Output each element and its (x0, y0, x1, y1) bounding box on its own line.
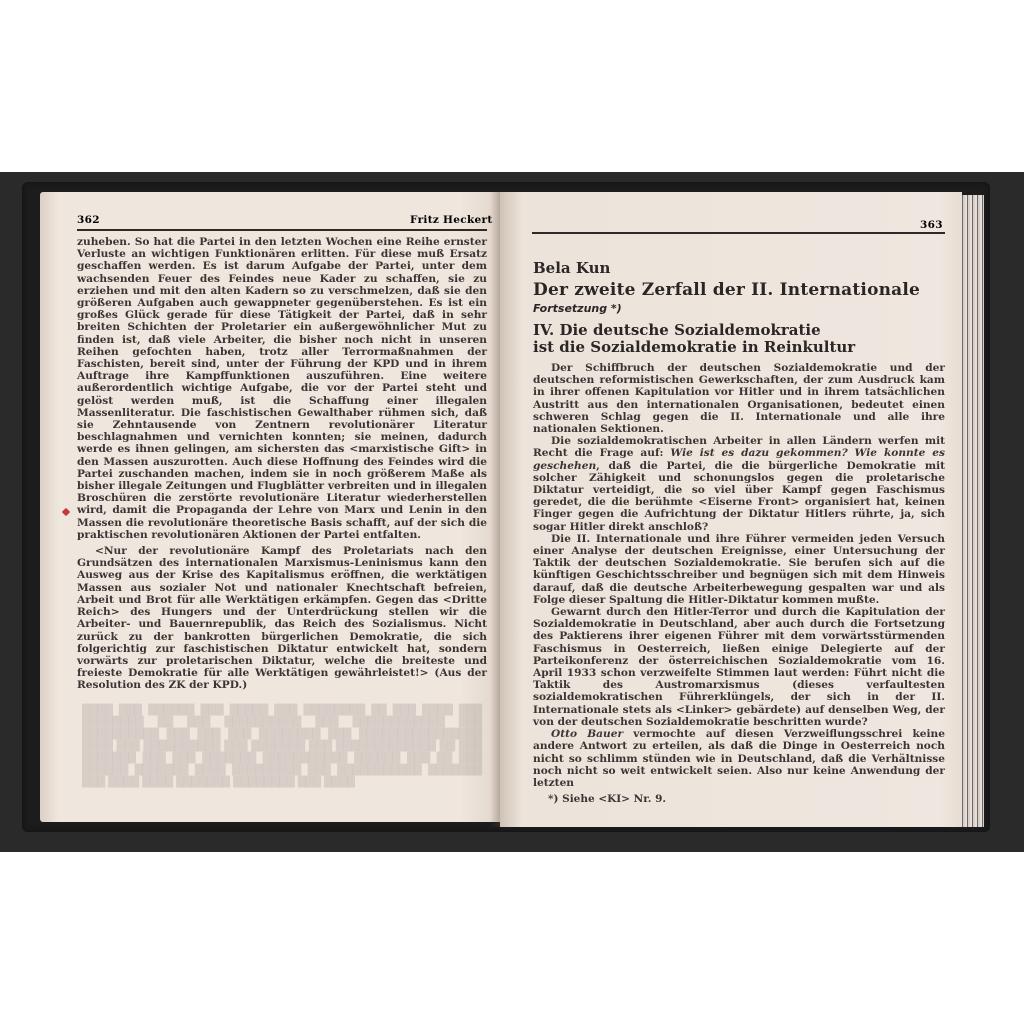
emphasis-name: Otto Bauer (551, 728, 623, 740)
section-heading-line-1: IV. Die deutsche Sozialdemokratie (533, 322, 855, 339)
left-running-head: Fritz Heckert (410, 214, 493, 226)
right-paragraph-5: Otto Bauer vermochte auf diesen Verzweif… (533, 728, 945, 789)
left-page-number: 362 (77, 214, 100, 226)
left-paragraph-1: zuheben. So hat die Partei in den letzte… (77, 236, 487, 541)
left-body-text: zuheben. So hat die Partei in den letzte… (77, 236, 487, 692)
article-subtitle: Fortsetzung *) (533, 302, 622, 315)
right-body-text: Der Schiffbruch der deutschen Sozialdemo… (533, 362, 945, 789)
right-paragraph-4: Gewarnt durch den Hitler-Terror und durc… (533, 606, 945, 728)
section-heading: IV. Die deutsche Sozialdemokratie ist di… (533, 322, 855, 356)
bleed-through-text: ████ ███ ██████ ███ █████ ███ ████████ █… (82, 705, 482, 815)
article-author: Bela Kun (533, 259, 610, 277)
left-paragraph-2: <Nur der revolutionäre Kampf des Proleta… (77, 545, 487, 691)
right-paragraph-1: Der Schiffbruch der deutschen Sozialdemo… (533, 362, 945, 435)
right-page-number: 363 (920, 219, 943, 231)
article-title: Der zweite Zerfall der II. International… (533, 280, 920, 300)
right-header-rule (532, 232, 945, 234)
right-paragraph-3: Die II. Internationale und ihre Führer v… (533, 533, 945, 606)
left-header-rule (77, 229, 487, 231)
page-edges (960, 195, 984, 827)
right-paragraph-2: Die sozialdemokratischen Arbeiter in all… (533, 435, 945, 533)
footnote: *) Siehe <KI> Nr. 9. (548, 793, 666, 805)
section-heading-line-2: ist die Sozialdemokratie in Reinkultur (533, 339, 855, 356)
